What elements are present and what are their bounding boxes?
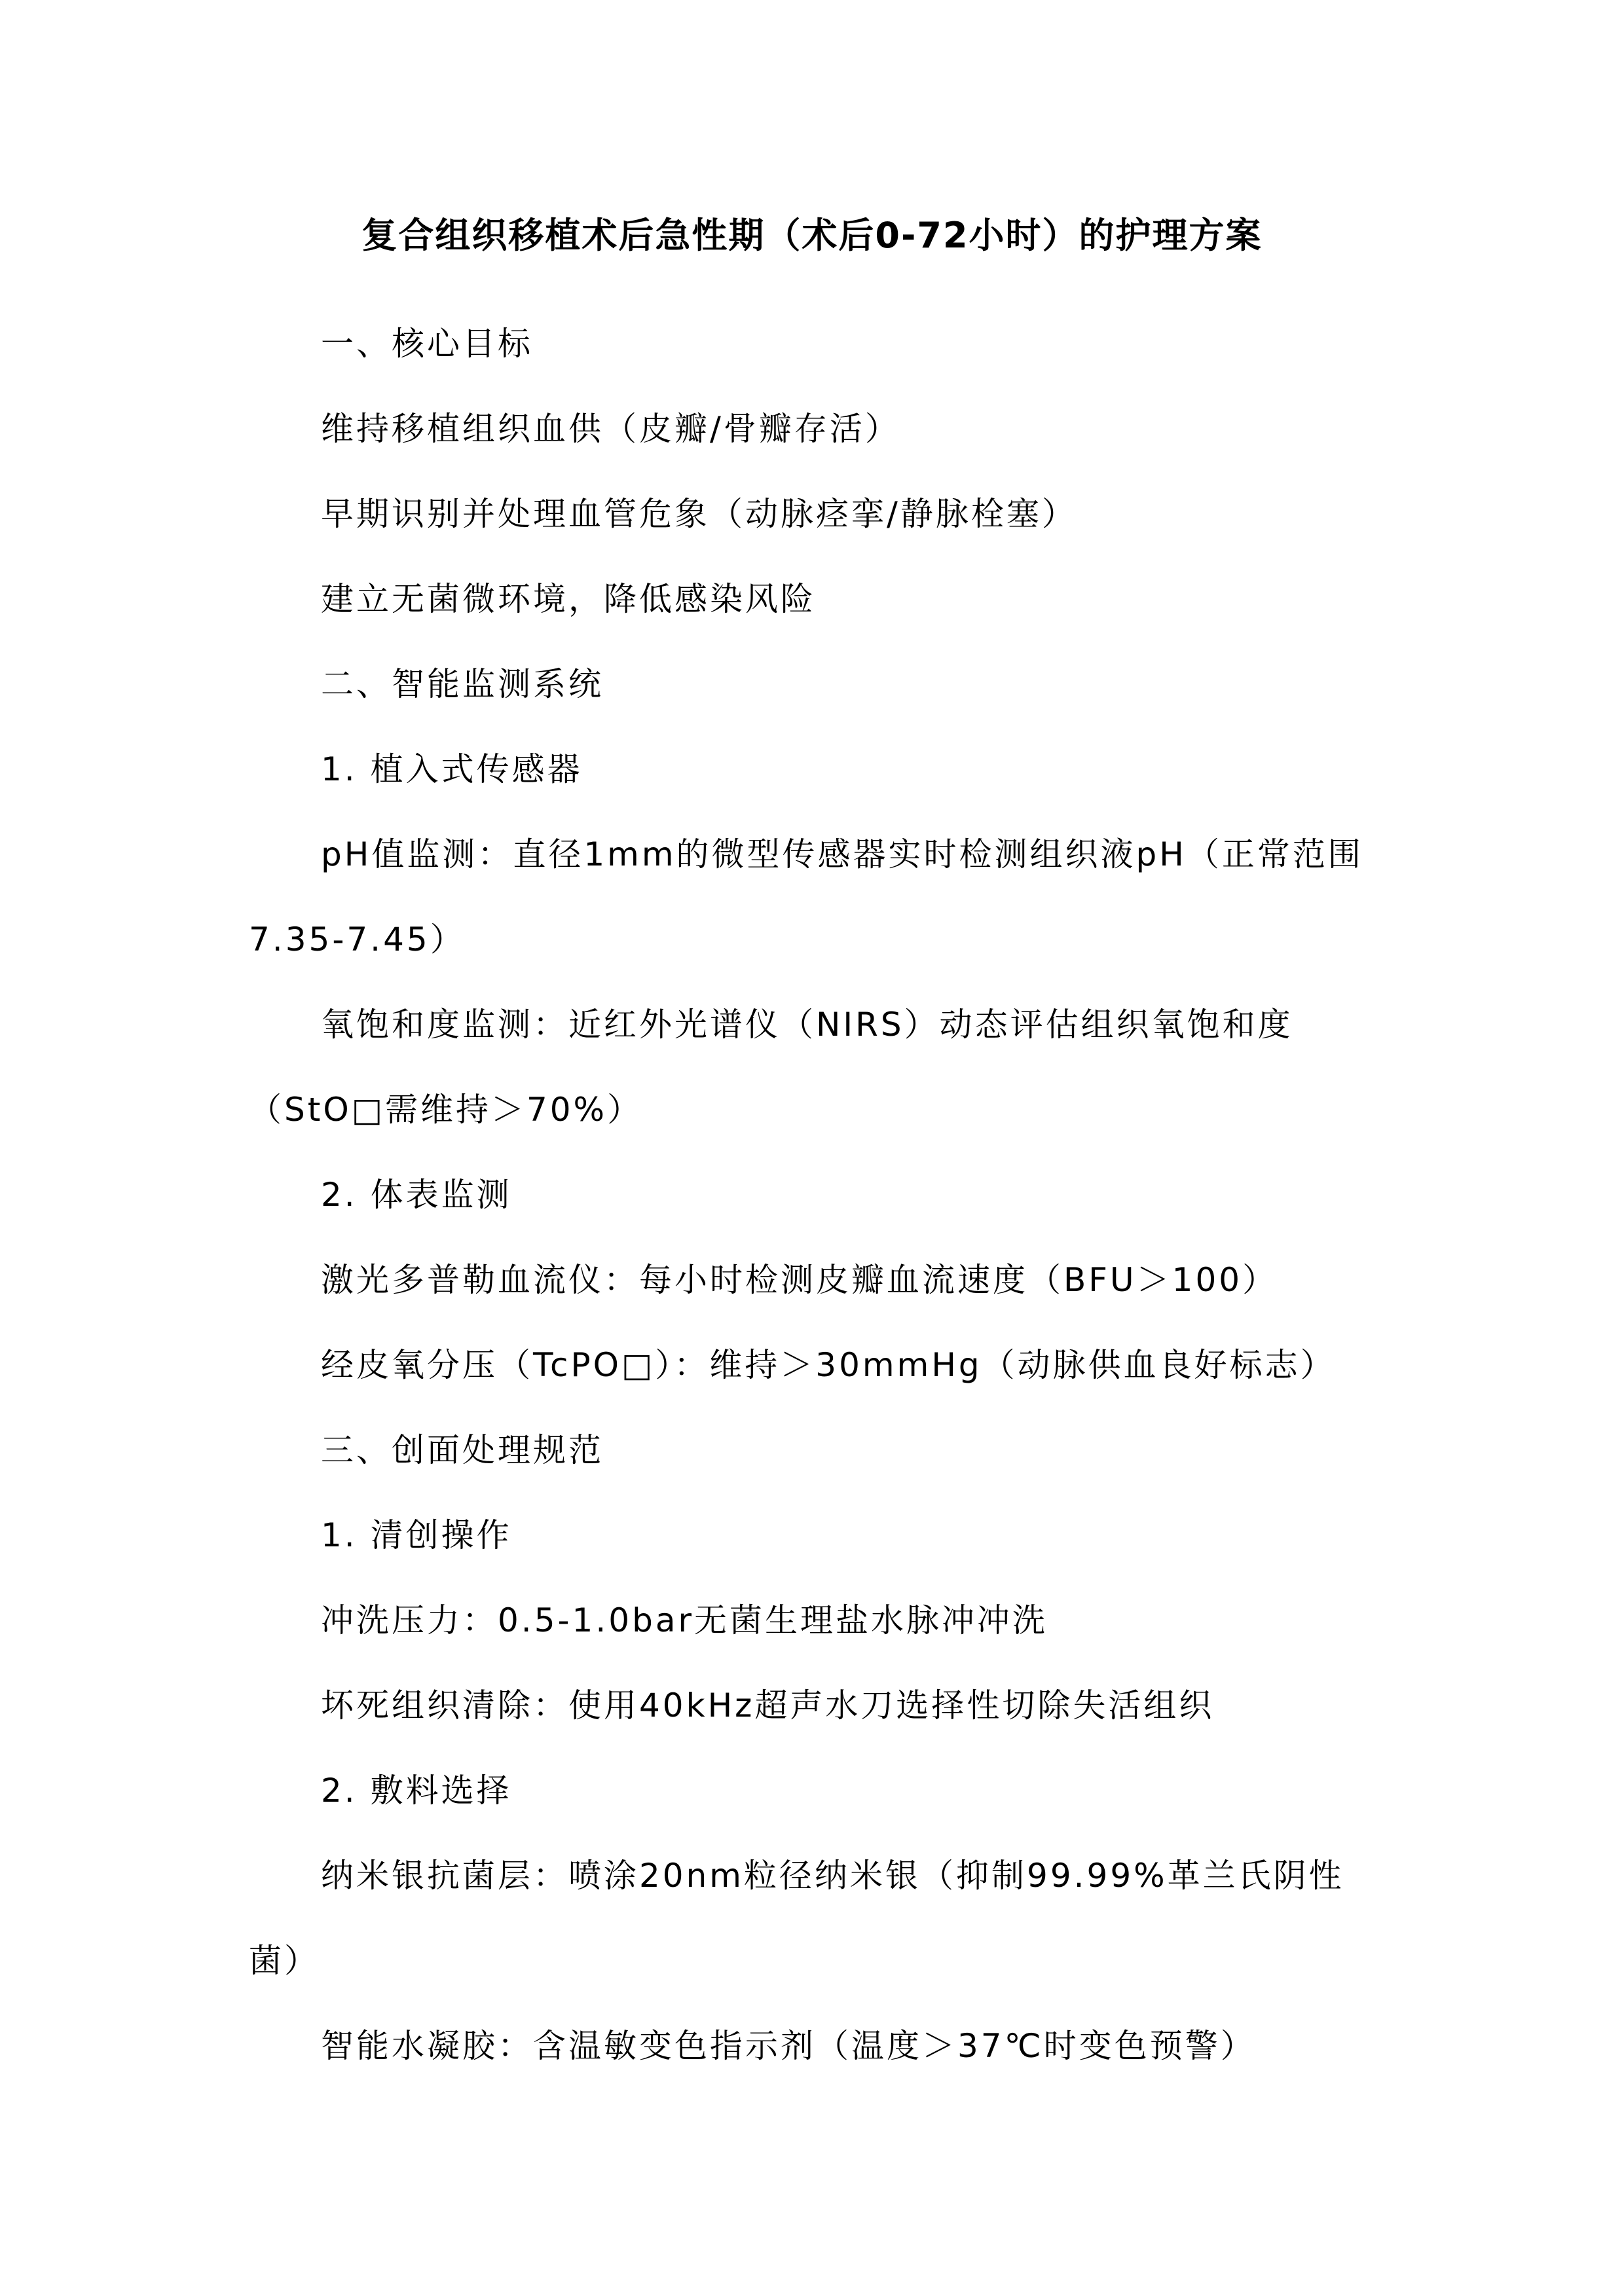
section-heading-monitoring: 二、智能监测系统: [249, 642, 1382, 727]
paragraph-irrigation: 冲洗压力：0.5-1.0bar无菌生理盐水脉冲冲洗: [249, 1578, 1382, 1663]
paragraph-nano-silver: 纳米银抗菌层：喷涂20nm粒径纳米银（抑制99.99%革兰氏阴性菌）: [249, 1833, 1382, 2003]
paragraph-smart-hydrogel: 智能水凝胶：含温敏变色指示剂（温度＞37℃时变色预警）: [249, 2003, 1382, 2088]
paragraph: 早期识别并处理血管危象（动脉痉挛/静脉栓塞）: [249, 471, 1382, 556]
section-heading-core-goals: 一、核心目标: [249, 301, 1382, 386]
paragraph-tcpo2: 经皮氧分压（TcPO□）：维持＞30mmHg（动脉供血良好标志）: [249, 1322, 1382, 1408]
document-title: 复合组织移植术后急性期（术后0-72小时）的护理方案: [0, 213, 1624, 259]
subsection-heading-debridement: 1. 清创操作: [249, 1493, 1382, 1578]
subsection-heading-dressing: 2. 敷料选择: [249, 1748, 1382, 1833]
document-body: 一、核心目标 维持移植组织血供（皮瓣/骨瓣存活） 早期识别并处理血管危象（动脉痉…: [249, 301, 1382, 2088]
section-heading-wound-care: 三、创面处理规范: [249, 1408, 1382, 1493]
paragraph: 建立无菌微环境，降低感染风险: [249, 556, 1382, 642]
paragraph-oxygen-saturation: 氧饱和度监测：近红外光谱仪（NIRS）动态评估组织氧饱和度（StO□需维持＞70…: [249, 982, 1382, 1152]
subsection-heading-implanted-sensors: 1. 植入式传感器: [249, 727, 1382, 812]
paragraph-ph-monitoring: pH值监测：直径1mm的微型传感器实时检测组织液pH（正常范围7.35-7.45…: [249, 812, 1382, 982]
paragraph-laser-doppler: 激光多普勒血流仪：每小时检测皮瓣血流速度（BFU＞100）: [249, 1237, 1382, 1322]
paragraph-necrotic-removal: 坏死组织清除：使用40kHz超声水刀选择性切除失活组织: [249, 1663, 1382, 1748]
subsection-heading-surface-monitoring: 2. 体表监测: [249, 1152, 1382, 1237]
paragraph: 维持移植组织血供（皮瓣/骨瓣存活）: [249, 386, 1382, 471]
document-page: 复合组织移植术后急性期（术后0-72小时）的护理方案 一、核心目标 维持移植组织…: [0, 0, 1624, 2296]
